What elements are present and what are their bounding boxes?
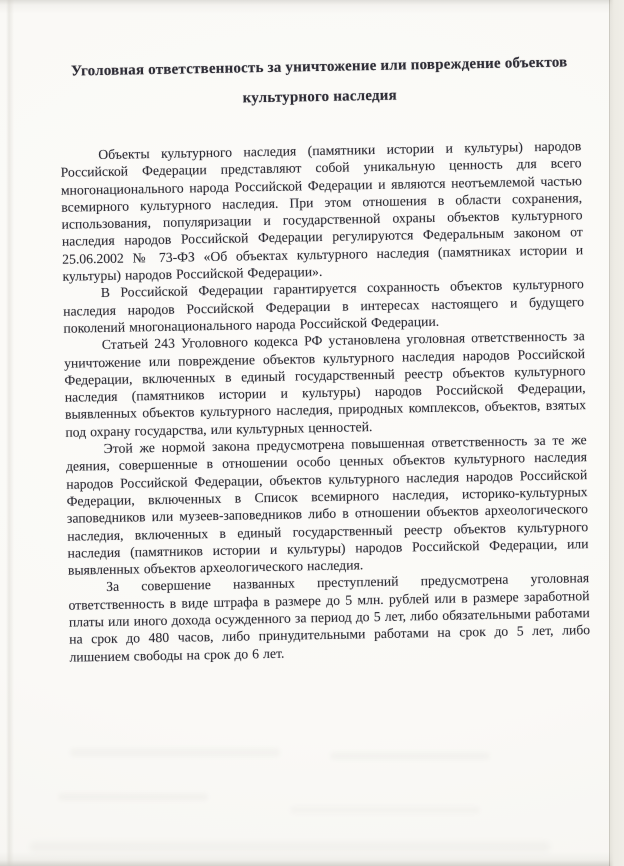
paragraph-5: За совершение названных преступлений пре… [68,570,590,666]
scan-edge-bottom-shadow [0,852,624,866]
scan-edge-top-shadow [0,0,624,14]
document-content: Уголовная ответственность за уничтожение… [58,47,590,665]
scanned-document-page: Уголовная ответственность за уничтожение… [0,0,624,866]
bleedthrough-smudge [330,752,490,760]
bleedthrough-smudge [58,793,208,801]
paragraph-2: В Российской Федерации гарантируется сох… [63,276,585,337]
document-body: Объекты культурного наследия (памятники … [60,137,590,665]
document-title: Уголовная ответственность за уничтожение… [58,47,580,117]
scan-left-fold-line [6,0,14,866]
bleedthrough-smudge [30,842,550,852]
bleedthrough-smudge [290,806,480,814]
paper-right-edge-line [609,0,610,866]
paragraph-4: Этой же нормой закона предусмотрена повы… [66,431,589,579]
bleedthrough-smudge [70,748,280,757]
paragraph-1: Объекты культурного наследия (памятники … [60,137,583,285]
paragraph-3: Статьей 243 Уголовного кодекса РФ устано… [64,327,587,440]
scanner-bed-strip [610,0,624,866]
